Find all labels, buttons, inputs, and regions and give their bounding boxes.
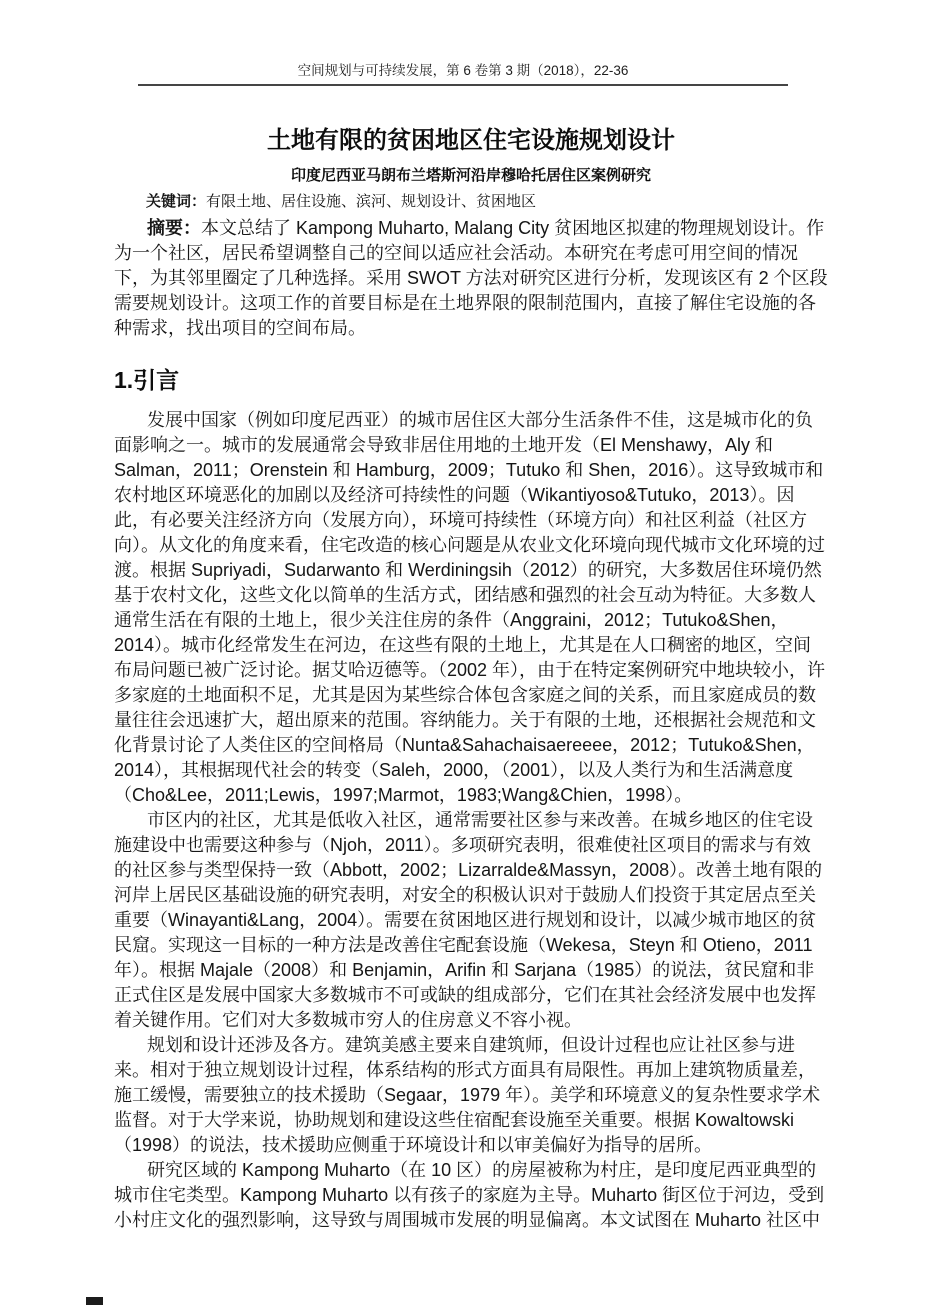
intro-paragraph-2: 市区内的社区，尤其是低收入社区，通常需要社区参与来改善。在城乡地区的住宅设施建设… xyxy=(114,808,828,1033)
page-content: 土地有限的贫困地区住宅设施规划设计 印度尼西亚马朗布兰塔斯河沿岸穆哈托居住区案例… xyxy=(114,124,828,1233)
header-rule xyxy=(138,84,788,86)
abstract-paragraph: 摘要：本文总结了 Kampong Muharto, Malang City 贫困… xyxy=(114,216,828,341)
intro-paragraph-1: 发展中国家（例如印度尼西亚）的城市居住区大部分生活条件不佳，这是城市化的负面影响… xyxy=(114,408,828,808)
section-1-heading: 1.引言 xyxy=(114,365,828,396)
journal-header: 空间规划与可持续发展，第 6 卷第 3 期（2018），22-36 xyxy=(0,0,926,79)
paper-title: 土地有限的贫困地区住宅设施规划设计 xyxy=(114,124,828,157)
keywords-text: 有限土地、居住设施、滨河、规划设计、贫困地区 xyxy=(206,193,536,210)
keywords-label: 关键词： xyxy=(146,193,206,210)
abstract-label: 摘要： xyxy=(147,218,201,238)
page-corner-mark xyxy=(86,1297,103,1305)
intro-paragraph-3: 规划和设计还涉及各方。建筑美感主要来自建筑师，但设计过程也应让社区参与进来。相对… xyxy=(114,1033,828,1158)
paper-subtitle: 印度尼西亚马朗布兰塔斯河沿岸穆哈托居住区案例研究 xyxy=(114,166,828,186)
keywords-line: 关键词：有限土地、居住设施、滨河、规划设计、贫困地区 xyxy=(114,191,828,212)
intro-paragraph-4: 研究区域的 Kampong Muharto（在 10 区）的房屋被称为村庄，是印… xyxy=(114,1158,828,1233)
introduction-section: 发展中国家（例如印度尼西亚）的城市居住区大部分生活条件不佳，这是城市化的负面影响… xyxy=(114,408,828,1233)
document-page: 空间规划与可持续发展，第 6 卷第 3 期（2018），22-36 土地有限的贫… xyxy=(0,0,926,1309)
abstract-text: 本文总结了 Kampong Muharto, Malang City 贫困地区拟… xyxy=(114,218,828,338)
